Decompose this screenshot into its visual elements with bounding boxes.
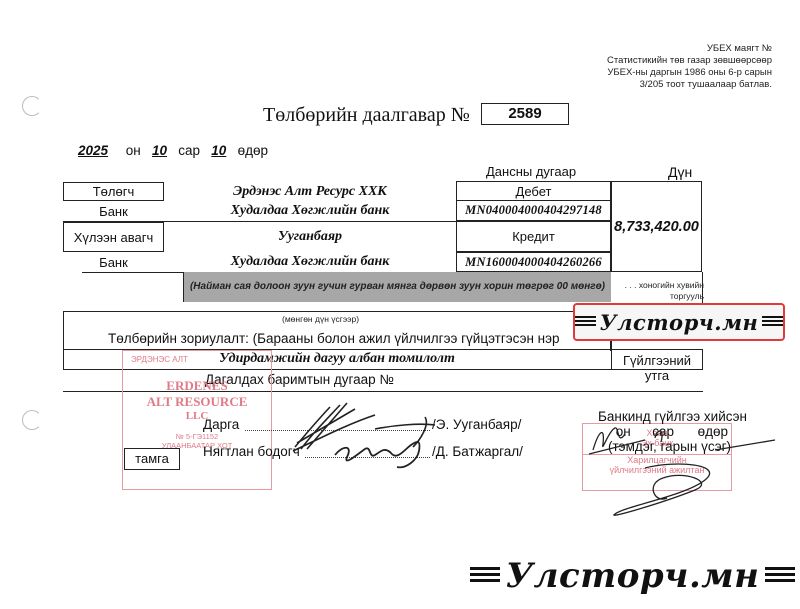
amount-in-words: (Найман сая долоон зуун гучин гурван мян… bbox=[183, 272, 611, 302]
receiver-name: Ууганбаяр bbox=[164, 222, 456, 252]
receiver-account-number: MN160004000404260266 bbox=[456, 252, 611, 272]
payer-bank-label: Банк bbox=[63, 201, 164, 221]
bank-signature bbox=[585, 420, 785, 520]
watermark-text: Улсторч.мн bbox=[600, 310, 759, 335]
date-year: 2025 bbox=[78, 143, 122, 158]
handwritten-signatures bbox=[235, 395, 465, 475]
document-title: Төлбөрийн даалгавар № bbox=[263, 104, 470, 127]
punch-hole-bottom bbox=[22, 410, 42, 430]
watermark-text-bottom: Улсторч.мн bbox=[506, 556, 760, 596]
transaction-value-label: Гүйлгээний утга bbox=[612, 353, 702, 383]
wings-left-icon bbox=[470, 567, 500, 585]
payer-name: Эрдэнэс Алт Ресурс ХХК bbox=[164, 182, 456, 201]
account-number-header: Дансны дугаар bbox=[486, 164, 576, 179]
payer-bank-name: Худалдаа Хөгжлийн банк bbox=[164, 201, 456, 221]
debit-label: Дебет bbox=[456, 181, 611, 201]
receiver-label: Хүлээн авагч bbox=[63, 222, 164, 252]
seal-label-box: тамга bbox=[124, 448, 180, 470]
payer-label: Төлөгч bbox=[63, 182, 164, 201]
document-number: 2589 bbox=[481, 103, 569, 125]
punch-hole-top bbox=[22, 96, 42, 116]
amount-in-words-caption: (мөнгөн дүн үсгээр) bbox=[282, 314, 359, 324]
wings-right-icon bbox=[765, 567, 795, 585]
document-date: 2025 он 10 сар 10 өдөр bbox=[78, 143, 268, 158]
wings-right-icon bbox=[762, 316, 783, 328]
date-day: 10 bbox=[204, 143, 234, 158]
receiver-bank-name: Худалдаа Хөгжлийн банк bbox=[164, 252, 456, 272]
amount-header: Дүн bbox=[668, 164, 692, 180]
date-month: 10 bbox=[145, 143, 175, 158]
receiver-bank-label: Банк bbox=[63, 252, 164, 272]
form-approval-note: УБЕХ маягт № Статистикийн төв газар зөвш… bbox=[532, 43, 772, 91]
credit-label: Кредит bbox=[456, 221, 611, 252]
wings-left-icon bbox=[575, 316, 596, 328]
director-label: Дарга bbox=[203, 417, 239, 432]
watermark-logo-bottom: Улсторч.мн bbox=[470, 548, 795, 603]
amount-value: 8,733,420.00 bbox=[611, 181, 702, 272]
payer-account-number: MN040004000404297148 bbox=[456, 200, 611, 221]
payment-purpose-label: Төлбөрийн зориулалт: (Барааны болон ажил… bbox=[108, 331, 578, 346]
watermark-logo-box: Улсторч.мн bbox=[573, 303, 785, 341]
